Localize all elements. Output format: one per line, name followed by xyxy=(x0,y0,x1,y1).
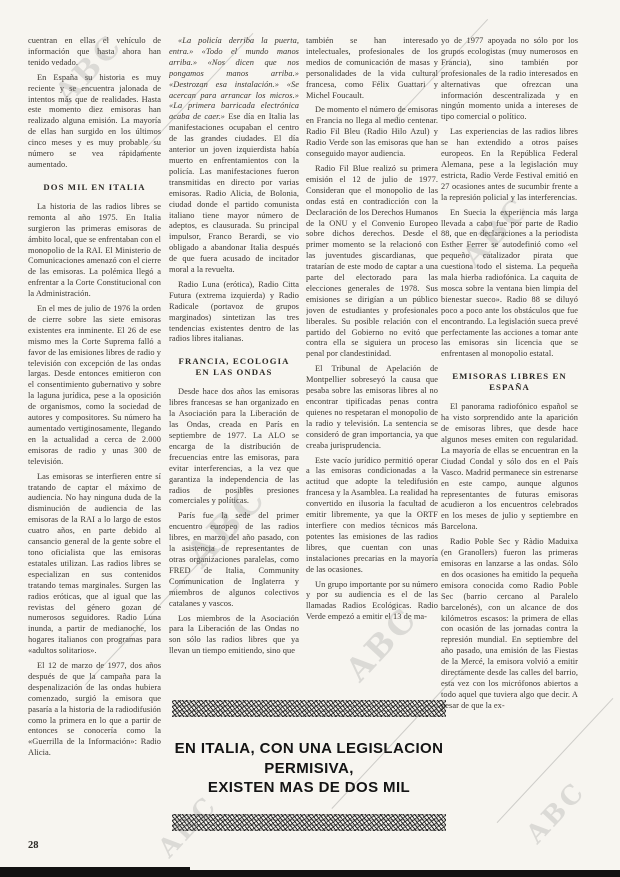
page-number: 28 xyxy=(28,840,39,851)
paragraph: también se han interesado intelectuales,… xyxy=(306,36,438,101)
paragraph: Desde hace dos años las emisoras libres … xyxy=(169,387,299,507)
bottom-rule xyxy=(0,870,620,877)
paragraph: El Tribunal de Apelación de Montpellier … xyxy=(306,364,438,451)
section-heading-dos-mil-en-italia: DOS MIL EN ITALIA xyxy=(32,182,157,193)
paragraph: Radio Luna (erótica), Radio Citta Futura… xyxy=(169,280,299,345)
paragraph: En el mes de julio de 1976 la orden de c… xyxy=(28,304,161,468)
article-column-4: yo de 1977 apoyada no sólo por los grupo… xyxy=(441,36,578,862)
headline-block: EN ITALIA, CON UNA LEGISLACION PERMISIVA… xyxy=(170,700,448,831)
paragraph: Radio Fil Blue realizó su primera emisió… xyxy=(306,164,438,360)
section-heading-francia-ecologia: FRANCIA, ECOLOGIA EN LAS ONDAS xyxy=(173,356,295,378)
paragraph: De momento el número de emisoras en Fran… xyxy=(306,105,438,160)
paragraph: Este vacío jurídico permitió operar a la… xyxy=(306,456,438,576)
article-column-1: cuentran en ellas el vehículo de informa… xyxy=(28,36,161,808)
paragraph: Las emisoras se interfieren entre sí tra… xyxy=(28,472,161,657)
headline-line-1: EN ITALIA, CON UNA LEGISLACION xyxy=(170,739,448,759)
paragraph: Radio Poble Sec y Ràdio Maduixa (en Gran… xyxy=(441,537,578,712)
headline-line-2: PERMISIVA, xyxy=(170,759,448,779)
paragraph: El panorama radiofónico español se ha vi… xyxy=(441,402,578,533)
hatched-rule-top xyxy=(172,700,446,717)
paragraph: yo de 1977 apoyada no sólo por los grupo… xyxy=(441,36,578,123)
paragraph: «La policía derriba la puerta, entra.» «… xyxy=(169,36,299,276)
magazine-page: cuentran en ellas el vehículo de informa… xyxy=(0,0,620,877)
paragraph: En España su historia es muy reciente y … xyxy=(28,73,161,171)
article-column-3: también se han interesado intelectuales,… xyxy=(306,36,438,700)
paragraph: Las experiencias de las radios libres se… xyxy=(441,127,578,203)
paragraph: Un grupo importante por su número y por … xyxy=(306,580,438,624)
section-heading-emisoras-libres-espana: EMISORAS LIBRES EN ESPAÑA xyxy=(445,371,574,393)
paragraph: Los miembros de la Asociación para la Li… xyxy=(169,614,299,658)
headline-line-3: EXISTEN MAS DE DOS MIL xyxy=(170,778,448,798)
paragraph: París fue la sede del primer encuentro e… xyxy=(169,511,299,609)
paragraph: cuentran en ellas el vehículo de informa… xyxy=(28,36,161,69)
hatched-rule-bottom xyxy=(172,814,446,831)
article-column-2: «La policía derriba la puerta, entra.» «… xyxy=(169,36,299,700)
paragraph-text: Ese día en Italia las manifestaciones oc… xyxy=(169,112,299,274)
quoted-lead-text: «La policía derriba la puerta, entra.» «… xyxy=(169,36,299,121)
paragraph: La historia de las radios libres se remo… xyxy=(28,202,161,300)
paragraph: En Suecia la experiencia más larga lleva… xyxy=(441,208,578,361)
paragraph: El 12 de marzo de 1977, dos años después… xyxy=(28,661,161,759)
